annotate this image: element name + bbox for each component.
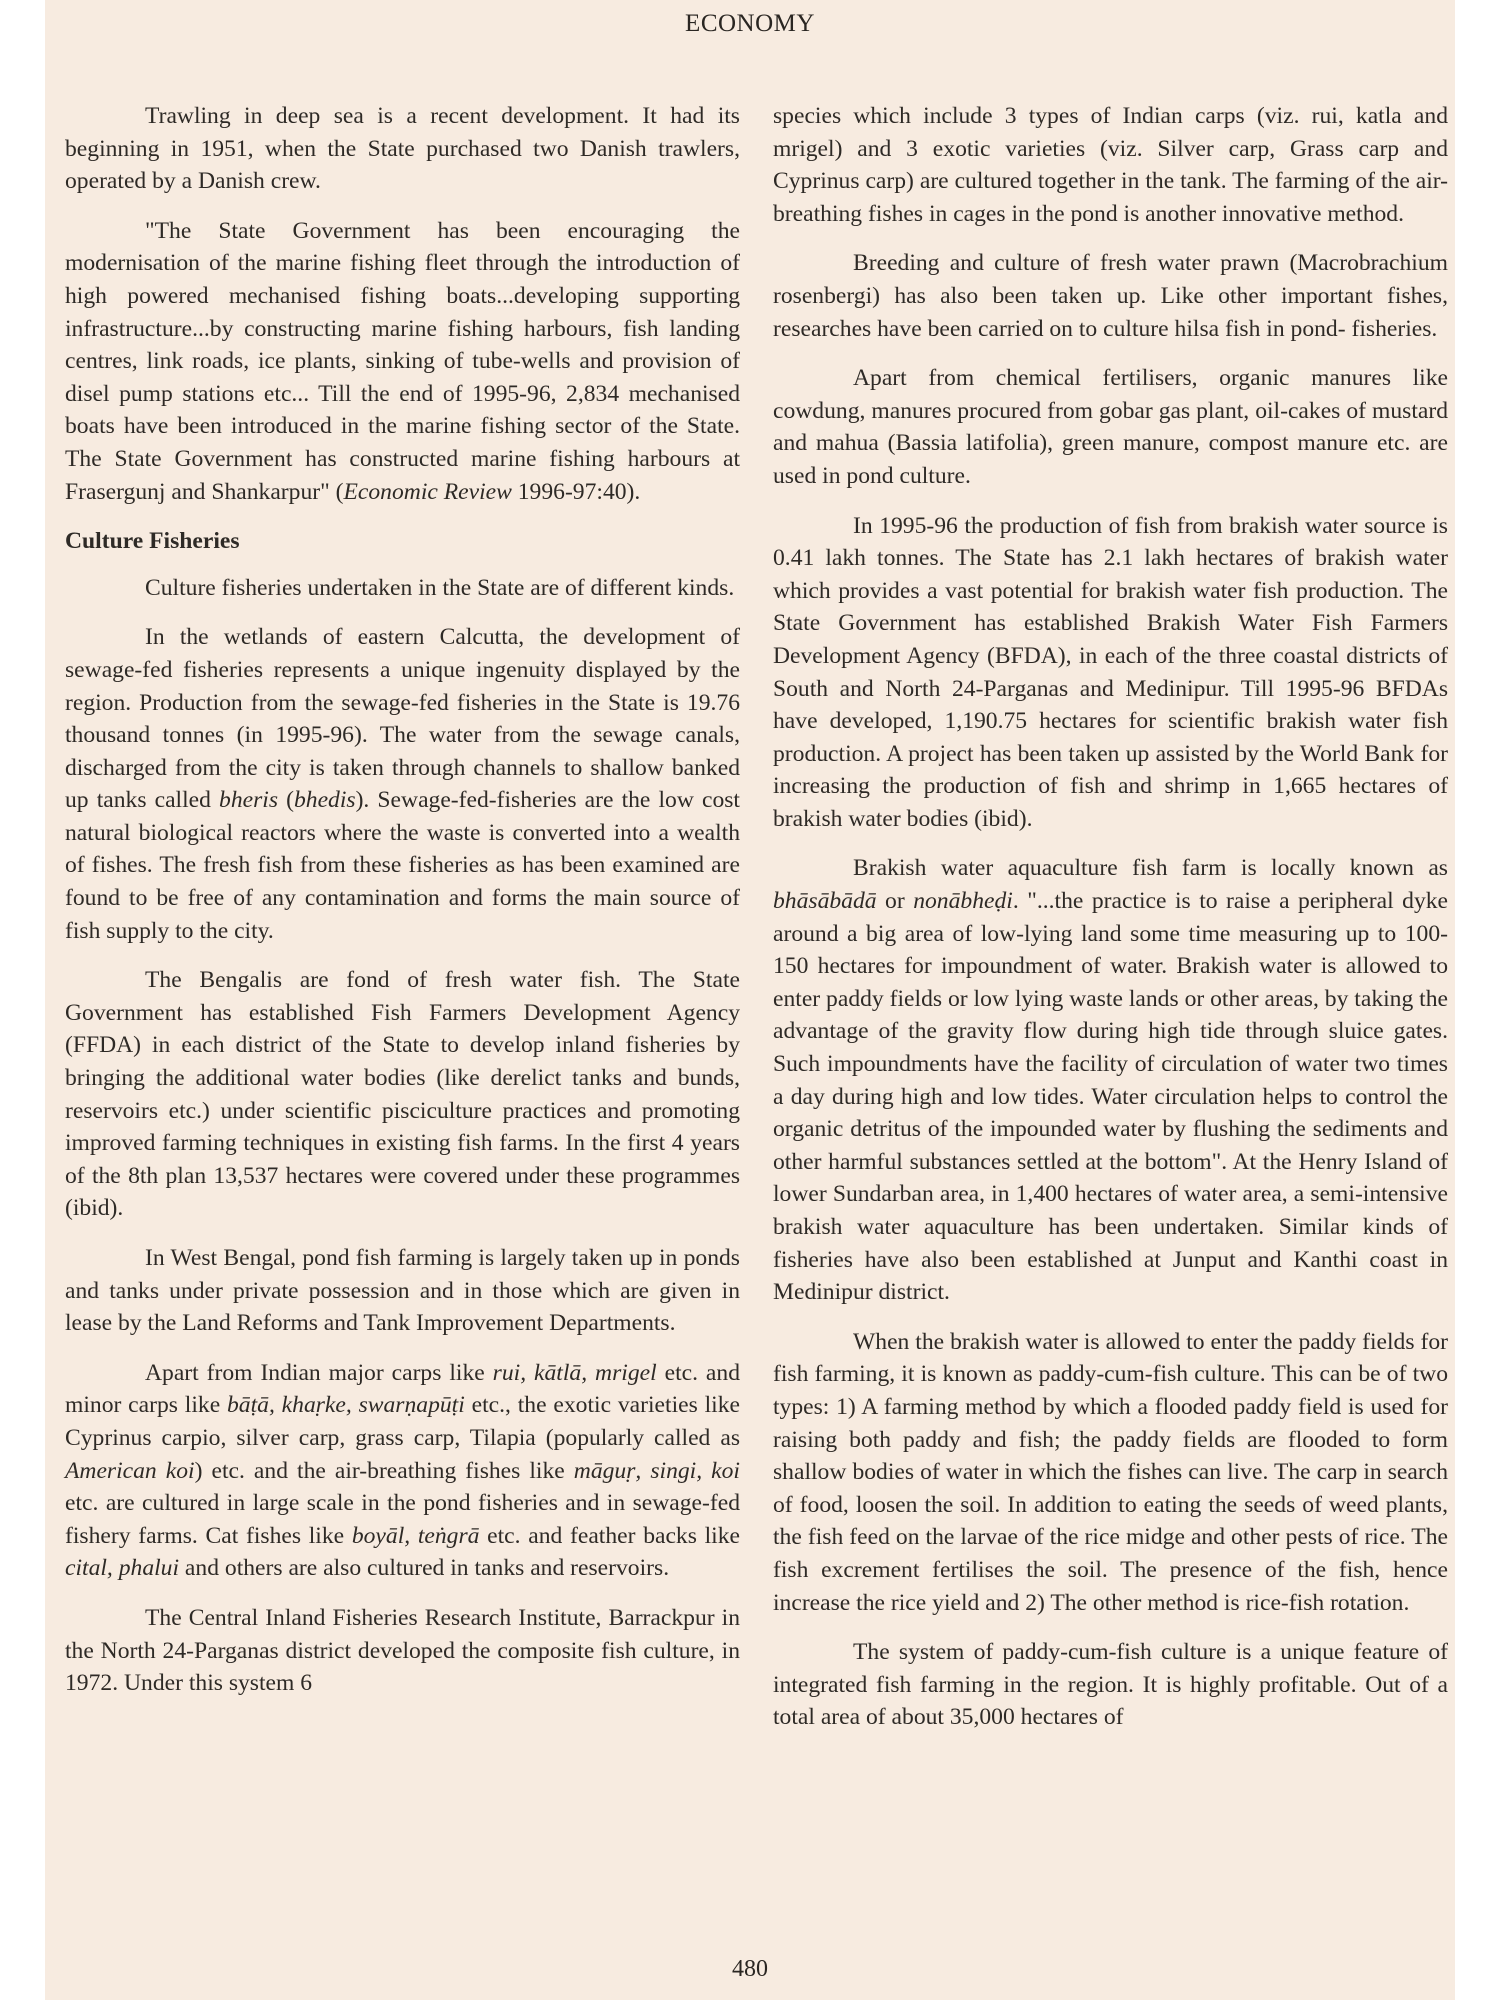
italic-term: bhedis xyxy=(294,787,356,813)
text-run: Brakish water aquaculture fish farm is l… xyxy=(853,855,1448,881)
text-run: Apart from Indian major carps like xyxy=(145,1360,493,1386)
italic-term: bheris xyxy=(219,787,278,813)
quote-text: "The State Government has been encouragi… xyxy=(65,218,740,505)
paragraph-trawling: Trawling in deep sea is a recent develop… xyxy=(65,100,740,198)
italic-term: rui, kātlā, mrigel xyxy=(493,1360,657,1386)
paragraph-pond-farming: In West Bengal, pond fish farming is lar… xyxy=(65,1242,740,1340)
italic-term: nonābheḍi xyxy=(913,888,1013,914)
citation-rest: 1996-97:40). xyxy=(512,479,640,505)
paragraph-cifri: The Central Inland Fisheries Research In… xyxy=(65,1602,740,1700)
text-run: In the wetlands of eastern Calcutta, the… xyxy=(65,624,740,813)
text-run: . "...the practice is to raise a periphe… xyxy=(773,888,1448,1305)
text-run: and others are also cultured in tanks an… xyxy=(179,1555,669,1581)
left-column: Trawling in deep sea is a recent develop… xyxy=(65,100,740,1717)
page-number: 480 xyxy=(45,1956,1455,1983)
section-heading-culture-fisheries: Culture Fisheries xyxy=(65,525,740,558)
text-run: or xyxy=(877,888,914,914)
italic-term: American koi xyxy=(65,1458,195,1484)
italic-term: māguṛ, singi, koi xyxy=(574,1458,740,1484)
paragraph-brakish-aquaculture: Brakish water aquaculture fish farm is l… xyxy=(773,852,1448,1308)
paragraph-ffda: The Bengalis are fond of fresh water fis… xyxy=(65,964,740,1225)
italic-term: cital, phalui xyxy=(65,1555,179,1581)
paragraph-prawn: Breeding and culture of fresh water praw… xyxy=(773,247,1448,345)
italic-term: bhāsābādā xyxy=(773,888,877,914)
paragraph-state-government-quote: "The State Government has been encouragi… xyxy=(65,215,740,508)
citation-title: Economic Review xyxy=(344,479,512,505)
italic-term: boyāl, teṅgrā xyxy=(352,1523,480,1549)
book-page: ECONOMY Trawling in deep sea is a recent… xyxy=(45,0,1455,2000)
right-column: species which include 3 types of Indian … xyxy=(773,100,1448,1751)
paragraph-manures: Apart from chemical fertilisers, organic… xyxy=(773,362,1448,492)
text-run: ) etc. and the air-breathing fishes like xyxy=(195,1458,574,1484)
text-run: ( xyxy=(278,787,294,813)
paragraph-carp-varieties: Apart from Indian major carps like rui, … xyxy=(65,1357,740,1585)
paragraph-brakish-production: In 1995-96 the production of fish from b… xyxy=(773,510,1448,836)
paragraph-sewage-fed: In the wetlands of eastern Calcutta, the… xyxy=(65,621,740,947)
paragraph-paddy-system: The system of paddy-cum-fish culture is … xyxy=(773,1636,1448,1734)
paragraph-composite-continued: species which include 3 types of Indian … xyxy=(773,100,1448,230)
paragraph-culture-kinds: Culture fisheries undertaken in the Stat… xyxy=(65,572,740,605)
text-run: etc. and feather backs like xyxy=(479,1523,740,1549)
running-head: ECONOMY xyxy=(45,10,1455,38)
paragraph-paddy-cum-fish: When the brakish water is allowed to ent… xyxy=(773,1326,1448,1619)
italic-term: bāṭā, khaṛke, swarṇapūṭi xyxy=(227,1392,465,1418)
